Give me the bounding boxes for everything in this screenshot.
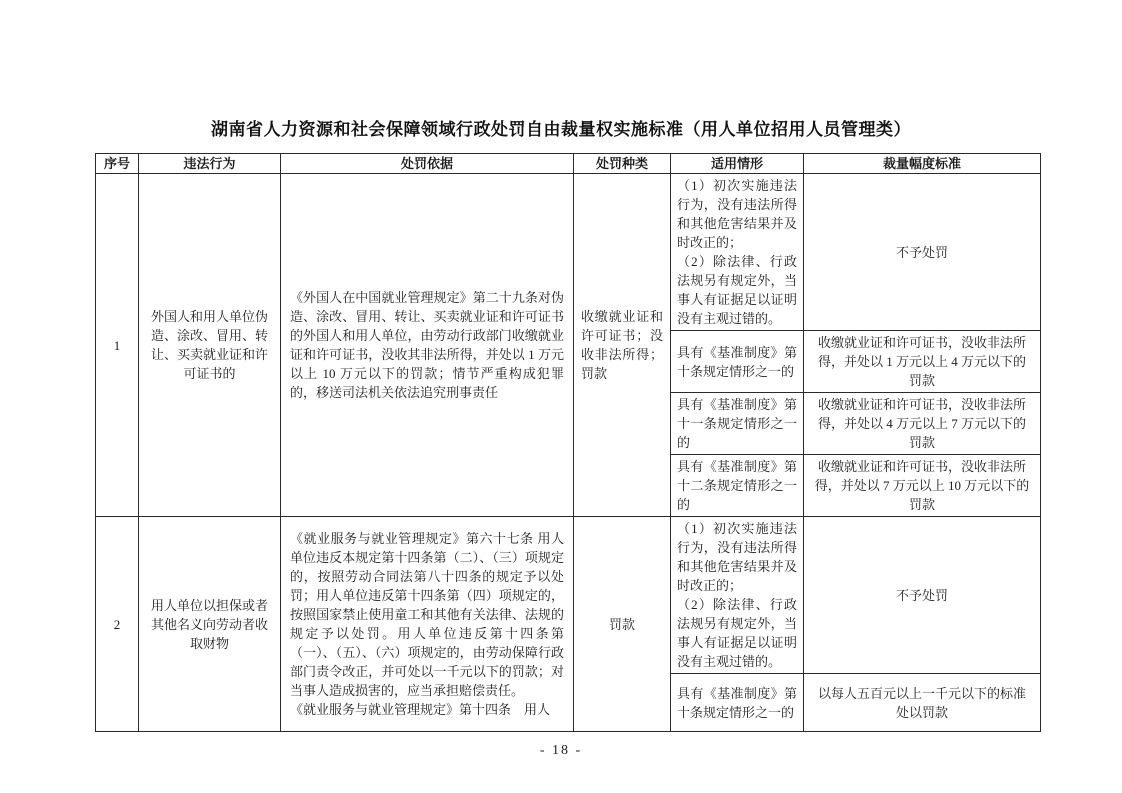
row1-situation-2: 具有《基准制度》第十条规定情形之一的 [671, 331, 804, 393]
document-page: 湖南省人力资源和社会保障领域行政处罚自由裁量权实施标准（用人单位招用人员管理类）… [0, 0, 1122, 793]
page-title: 湖南省人力资源和社会保障领域行政处罚自由裁量权实施标准（用人单位招用人员管理类） [0, 0, 1122, 140]
row1-violation: 外国人和用人单位伪造、涂改、冒用、转让、买卖就业证和许可证书的 [139, 174, 281, 517]
table-row: 1 外国人和用人单位伪造、涂改、冒用、转让、买卖就业证和许可证书的 《外国人在中… [96, 174, 1041, 331]
row1-number: 1 [96, 174, 139, 517]
row1-standard-1: 不予处罚 [804, 174, 1041, 331]
row2-basis: 《就业服务与就业管理规定》第六十七条 用人单位违反本规定第十四条第（二）、（三）… [281, 517, 574, 732]
column-header-standard: 裁量幅度标准 [804, 154, 1041, 174]
row1-penalty-type: 收缴就业证和许可证书；没收非法所得；罚款 [574, 174, 671, 517]
row2-situation-1: （1）初次实施违法行为，没有违法所得和其他危害结果并及时改正的； （2）除法律、… [671, 517, 804, 674]
row1-standard-4: 收缴就业证和许可证书，没收非法所得，并处以 7 万元以上 10 万元以下的罚款 [804, 455, 1041, 517]
row2-number: 2 [96, 517, 139, 732]
row1-situation-4: 具有《基准制度》第十二条规定情形之一的 [671, 455, 804, 517]
column-header-no: 序号 [96, 154, 139, 174]
row1-standard-2: 收缴就业证和许可证书，没收非法所得，并处以 1 万元以上 4 万元以下的罚款 [804, 331, 1041, 393]
column-header-situation: 适用情形 [671, 154, 804, 174]
table-header-row: 序号 违法行为 处罚依据 处罚种类 适用情形 裁量幅度标准 [96, 154, 1041, 174]
row2-violation: 用人单位以担保或者其他名义向劳动者收取财物 [139, 517, 281, 732]
row1-situation-1: （1）初次实施违法行为，没有违法所得和其他危害结果并及时改正的； （2）除法律、… [671, 174, 804, 331]
row1-situation-3: 具有《基准制度》第十一条规定情形之一的 [671, 393, 804, 455]
row2-penalty-type: 罚款 [574, 517, 671, 732]
row1-basis: 《外国人在中国就业管理规定》第二十九条对伪造、涂改、冒用、转让、买卖就业证和许可… [281, 174, 574, 517]
column-header-basis: 处罚依据 [281, 154, 574, 174]
penalty-standards-table: 序号 违法行为 处罚依据 处罚种类 适用情形 裁量幅度标准 1 外国人和用人单位… [95, 153, 1041, 732]
table-row: 2 用人单位以担保或者其他名义向劳动者收取财物 《就业服务与就业管理规定》第六十… [96, 517, 1041, 674]
row1-standard-3: 收缴就业证和许可证书，没收非法所得，并处以 4 万元以上 7 万元以下的罚款 [804, 393, 1041, 455]
row2-situation-2: 具有《基准制度》第十条规定情形之一的 [671, 674, 804, 732]
column-header-penalty-type: 处罚种类 [574, 154, 671, 174]
row2-standard-1: 不予处罚 [804, 517, 1041, 674]
page-number: - 18 - [0, 743, 1122, 759]
column-header-violation: 违法行为 [139, 154, 281, 174]
row2-standard-2: 以每人五百元以上一千元以下的标准处以罚款 [804, 674, 1041, 732]
